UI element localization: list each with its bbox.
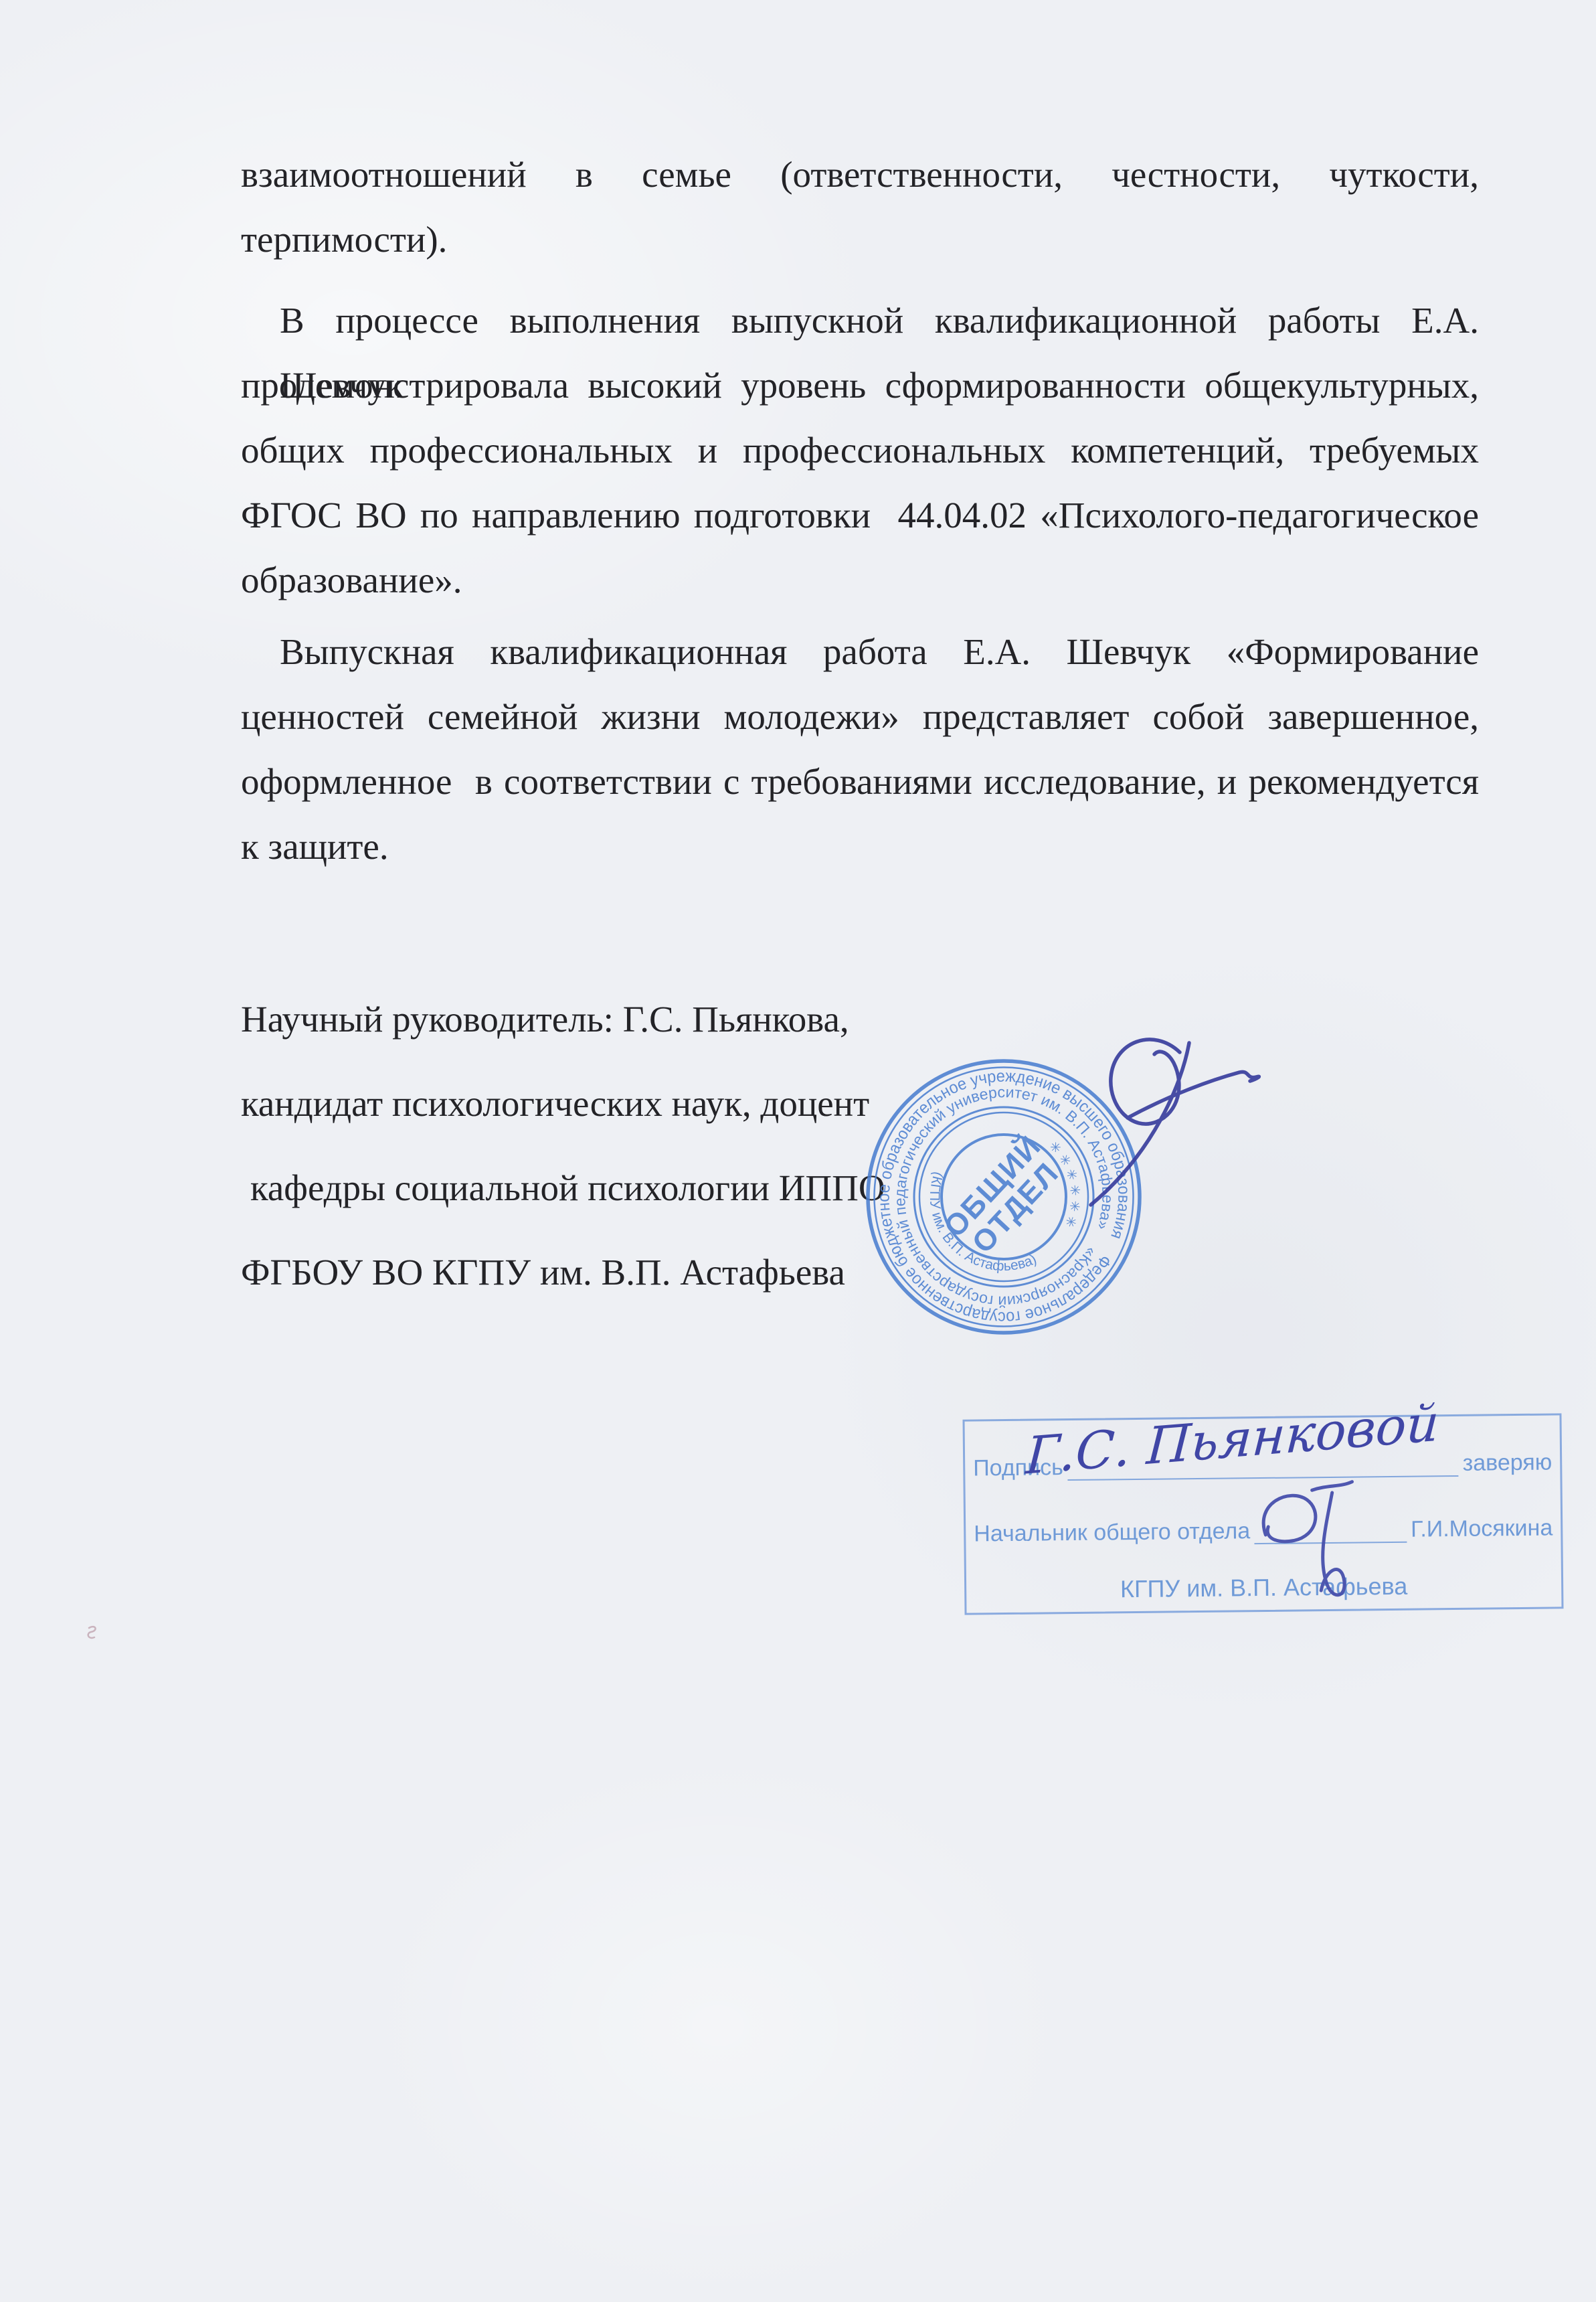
paragraph-line: образование». <box>241 548 1479 612</box>
paragraph-line: Выпускная квалификационная работа Е.А. Ш… <box>241 619 1479 684</box>
supervisor-line: кандидат психологических наук, доцент <box>241 1062 1479 1146</box>
paragraph-line: взаимоотношений в семье (ответственности… <box>241 142 1479 207</box>
paragraph-line: общих профессиональных и профессиональны… <box>241 418 1479 483</box>
supervisor-pen-signature <box>1051 1023 1265 1217</box>
flourish-bar <box>1312 1482 1352 1491</box>
scan-artifact-mark <box>82 1624 106 1645</box>
paragraph-line: В процессе выполнения выпускной квалифик… <box>241 288 1479 353</box>
paragraph-line: к защите. <box>241 814 1479 879</box>
body-paragraph-2: В процессе выполнения выпускной квалифик… <box>241 288 1479 612</box>
paragraph-line: терпимости). <box>241 207 1479 272</box>
stamp-head-label: Начальник общего отдела <box>974 1518 1250 1547</box>
stamp-head-name: Г.И.Мосякина <box>1411 1515 1553 1542</box>
body-paragraph-3: Выпускная квалификационная работа Е.А. Ш… <box>241 619 1479 879</box>
signature-wave <box>1128 1072 1259 1118</box>
scanned-document-page: взаимоотношений в семье (ответственности… <box>0 0 1596 2302</box>
supervisor-line: ФГБОУ ВО КГПУ им. В.П. Астафьева <box>241 1230 1479 1315</box>
supervisor-line: Научный руководитель: Г.С. Пьянкова, <box>241 977 1479 1062</box>
paragraph-line: ценностей семейной жизни молодежи» предс… <box>241 684 1479 749</box>
supervisor-line: кафедры социальной психологии ИППО <box>241 1146 1479 1230</box>
flourish-descender <box>1320 1493 1345 1595</box>
stamp-certify-label: заверяю <box>1462 1449 1552 1476</box>
paragraph-line: ФГОС ВО по направлению подготовки 44.04.… <box>241 483 1479 548</box>
body-paragraph-1: взаимоотношений в семье (ответственности… <box>241 142 1479 272</box>
artifact-squiggle <box>88 1627 96 1638</box>
supervisor-block: Научный руководитель: Г.С. Пьянкова, кан… <box>241 977 1479 1315</box>
head-pen-signature <box>1226 1476 1395 1612</box>
paragraph-line: оформленное в соответствии с требованиям… <box>241 749 1479 814</box>
flourish-loop <box>1263 1495 1316 1542</box>
signature-loop <box>1111 1040 1180 1124</box>
paragraph-line: продемонстрировала высокий уровень сформ… <box>241 353 1479 418</box>
certification-stamp: Подпись заверяю Г.С. Пьянковой Начальник… <box>962 1413 1563 1615</box>
